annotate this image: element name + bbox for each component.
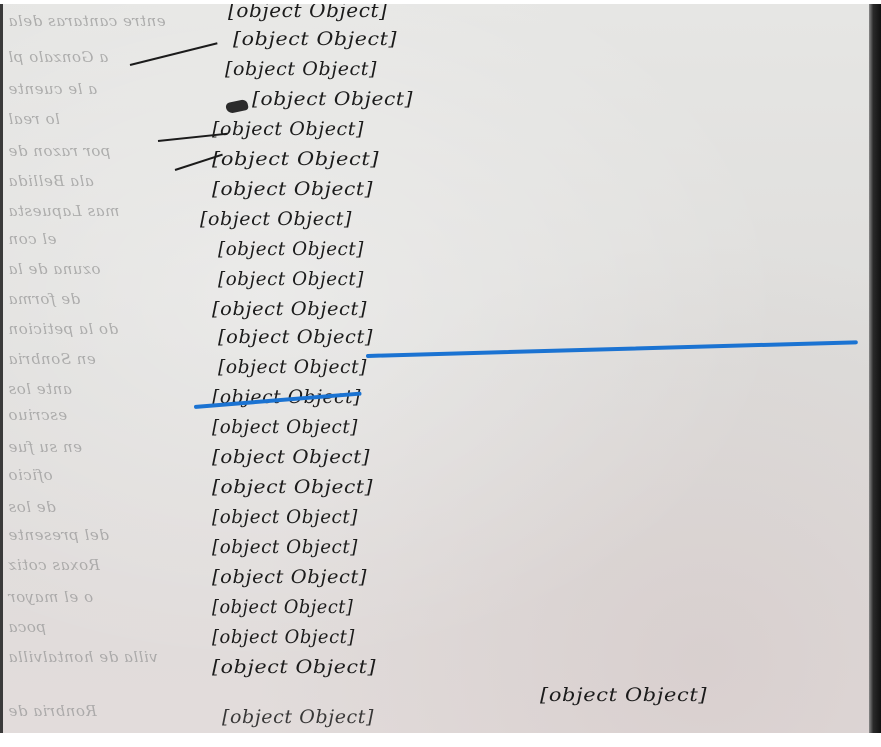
text-line: [object Object] [212,536,358,558]
text-line: [object Object] [218,238,364,260]
bleed-line: villa de hontalvilla [8,648,208,666]
text-line: [object Object] [218,326,373,348]
text-line: [object Object] [212,626,355,648]
bleed-line: el con [8,230,208,248]
text-line: [object Object] [212,298,367,320]
page-left-edge [0,4,3,733]
bleed-line: escriuo [8,406,208,424]
bleed-line: mas Lapuesta [8,202,208,220]
text-line: [object Object] [212,178,373,200]
bleed-line: Ronbria de [8,702,208,720]
bleed-line: entre cantaras dela [8,12,208,30]
bleed-line: de forma [8,290,208,308]
bleed-line: ozuna de la [8,260,208,278]
text-line: [object Object] [252,88,413,110]
bleed-line: o el mayor [8,588,208,606]
ink-blot [225,99,249,114]
manuscript-page: entre cantaras dela a Gonzalo pl a le cu… [0,4,881,733]
bleed-line: oficio [8,466,208,484]
bleed-line: ante los [8,380,208,398]
text-line: [object Object] [225,58,377,80]
bleed-line: lo real [8,110,208,128]
bleed-line: por razon de [8,142,208,160]
text-line: [object Object] [200,208,352,230]
text-line: [object Object] [212,118,364,140]
page-binding-edge [869,4,881,733]
text-line: [object Object] [540,684,707,706]
text-line: [object Object] [228,4,388,22]
text-line: [object Object] [212,596,353,618]
bleed-line: do la peticion [8,320,208,338]
text-line: [object Object] [222,706,374,728]
blue-underline-annotation [366,340,858,358]
text-line: [object Object] [212,446,370,468]
text-line: [object Object] [212,656,376,678]
text-line: [object Object] [212,566,367,588]
text-line: [object Object] [218,268,364,290]
bleed-line: del presente [8,526,208,544]
bleed-line: ala Bellida [8,172,208,190]
bleed-line: en su fue [8,438,208,456]
text-line: [object Object] [212,506,358,528]
margin-bleed-through: entre cantaras dela a Gonzalo pl a le cu… [8,4,208,733]
bleed-line: a le cuente [8,80,208,98]
text-line: [object Object] [233,28,397,50]
bleed-line: poca [8,618,208,636]
text-line: [object Object] [212,476,373,498]
bleed-line: a Gonzalo pl [8,48,208,66]
text-line: [object Object] [218,356,367,378]
bleed-line: de los [8,498,208,516]
text-line: [object Object] [212,416,358,438]
bleed-line: en Sonbria [8,350,208,368]
bleed-line: Roxas cotiz [8,556,208,574]
text-line: [object Object] [212,148,379,170]
